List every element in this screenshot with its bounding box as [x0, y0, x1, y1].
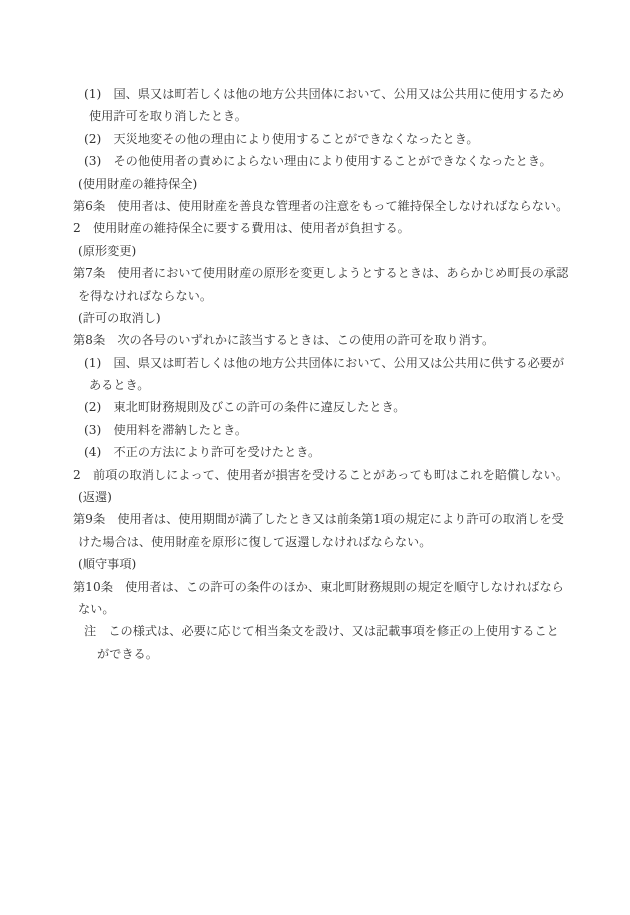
document-line: けた場合は、使用財産を原形に復して返還しなければならない。 [78, 531, 578, 553]
document-line: (1) 国、県又は町若しくは他の地方公共団体において、公用又は公共用に供する必要… [84, 352, 578, 374]
document-line: 第6条 使用者は、使用財産を善良な管理者の注意をもって維持保全しなければならない… [73, 195, 578, 217]
document-line: (順守事項) [78, 553, 578, 575]
document-line: ない。 [78, 598, 578, 620]
document-line: (4) 不正の方法により許可を受けたとき。 [84, 441, 578, 463]
document-line: (2) 天災地変その他の理由により使用することができなくなったとき。 [84, 128, 578, 150]
document-line: (原形変更) [78, 240, 578, 262]
document-line: (使用財産の維持保全) [78, 173, 578, 195]
document-line: 注 この様式は、必要に応じて相当条文を設け、又は記載事項を修正の上使用すること [84, 620, 578, 642]
document-line: 第9条 使用者は、使用期間が満了したとき又は前条第1項の規定により許可の取消しを… [73, 508, 578, 530]
document-line: 第7条 使用者において使用財産の原形を変更しようとするときは、あらかじめ町長の承… [73, 262, 578, 284]
document-line: 2 前項の取消しによって、使用者が損害を受けることがあっても町はこれを賠償しない… [73, 464, 578, 486]
document-line: (3) その他使用者の責めによらない理由により使用することができなくなったとき。 [84, 150, 578, 172]
document-line: (許可の取消し) [78, 307, 578, 329]
document-line: (2) 東北町財務規則及びこの許可の条件に違反したとき。 [84, 396, 578, 418]
document-line: (1) 国、県又は町若しくは他の地方公共団体において、公用又は公共用に使用するた… [84, 83, 578, 105]
document-line: 2 使用財産の維持保全に要する費用は、使用者が負担する。 [73, 217, 578, 239]
document-line: あるとき。 [89, 374, 578, 396]
document-line: (返還) [78, 486, 578, 508]
document-line: (3) 使用料を滞納したとき。 [84, 419, 578, 441]
document-line: 第10条 使用者は、この許可の条件のほか、東北町財務規則の規定を順守しなければな… [73, 576, 578, 598]
document-line: 使用許可を取り消したとき。 [89, 105, 578, 127]
document-line: 第8条 次の各号のいずれかに該当するときは、この使用の許可を取り消す。 [73, 329, 578, 351]
document-line: ができる。 [97, 643, 578, 665]
document-body: (1) 国、県又は町若しくは他の地方公共団体において、公用又は公共用に使用するた… [73, 83, 578, 665]
document-page: (1) 国、県又は町若しくは他の地方公共団体において、公用又は公共用に使用するた… [0, 0, 630, 915]
document-line: を得なければならない。 [78, 285, 578, 307]
